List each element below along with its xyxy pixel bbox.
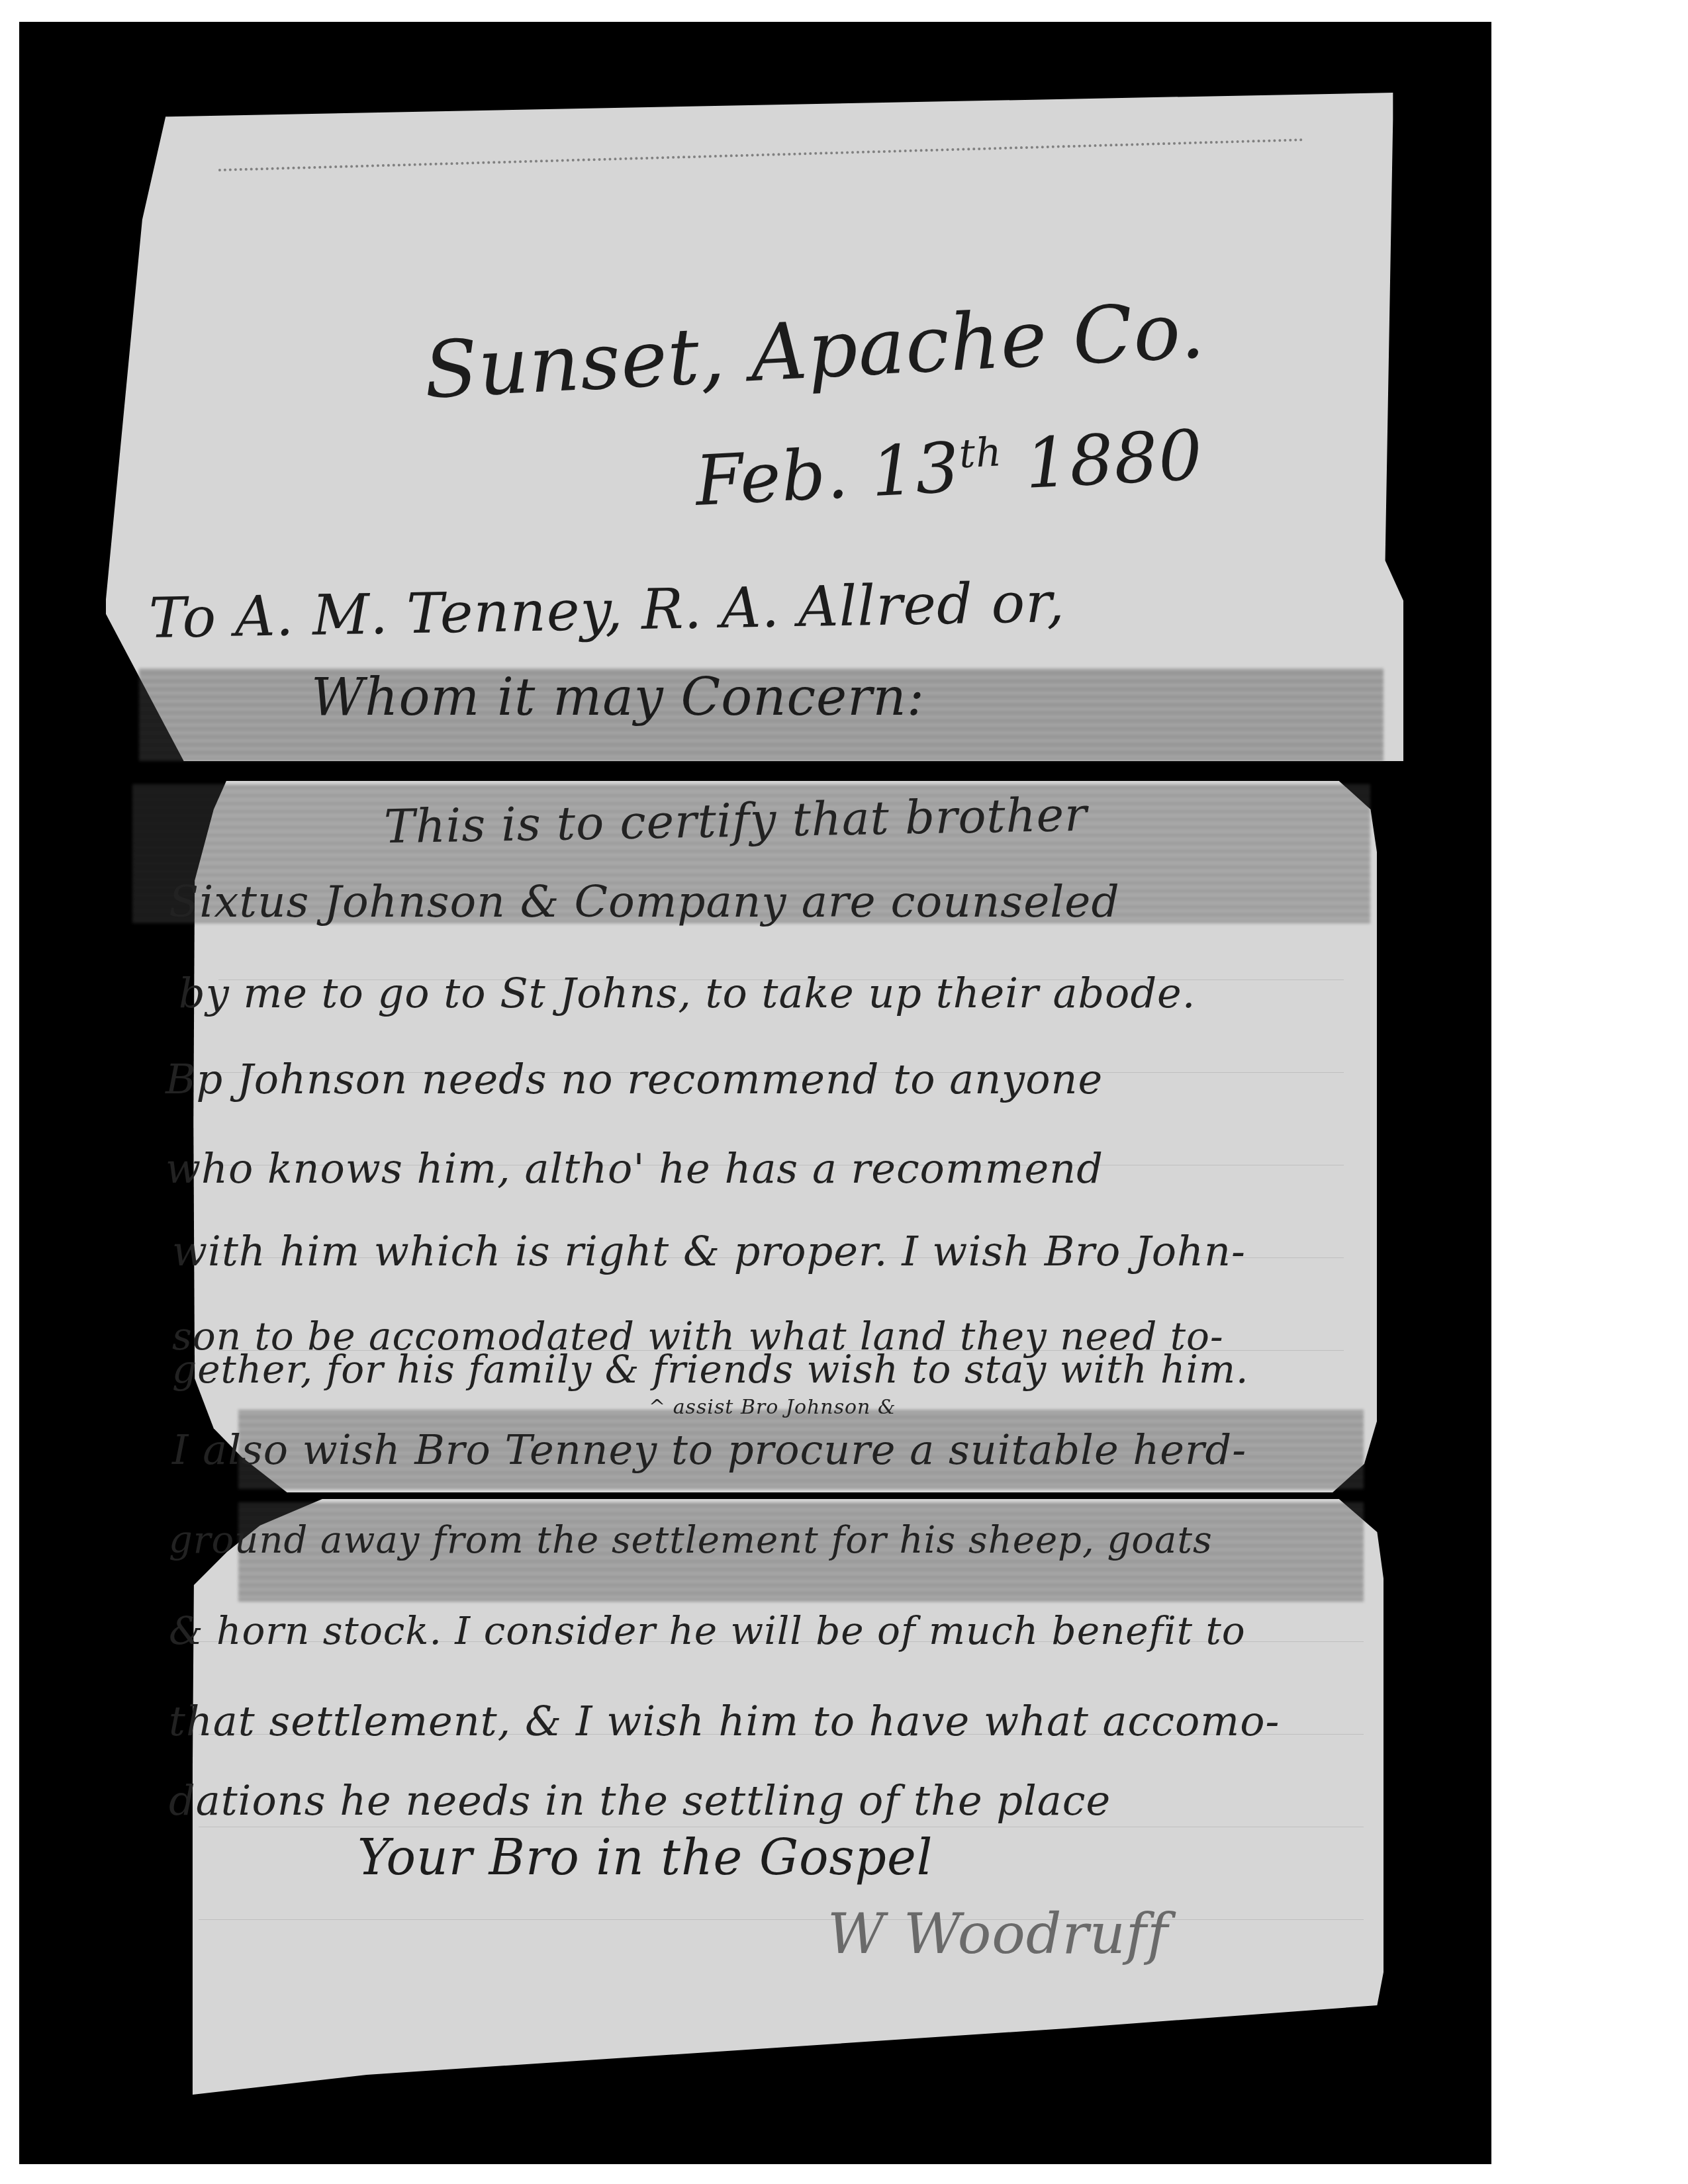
address-line-recipients: To A. M. Tenney, R. A. Allred or, bbox=[148, 574, 1065, 646]
body-line: This is to certify that brother bbox=[383, 792, 1088, 850]
body-line: Sixtus Johnson & Company are counseled bbox=[169, 880, 1120, 924]
letter-date-ordinal: th bbox=[958, 429, 1003, 477]
letter-date-day: Feb. 13 bbox=[693, 427, 962, 522]
letter-closing: Your Bro in the Gospel bbox=[357, 1833, 933, 1882]
body-line: by me to go to St Johns, to take up thei… bbox=[179, 973, 1196, 1014]
interlinear-insertion: ^ assist Bro Johnson & bbox=[649, 1398, 896, 1418]
letter-fragment-top bbox=[106, 93, 1403, 761]
address-line-salutation: Whom it may Concern: bbox=[311, 672, 925, 723]
letter-date-year: 1880 bbox=[1023, 414, 1205, 504]
body-line: & horn stock. I consider he will be of m… bbox=[169, 1612, 1246, 1650]
body-line: gether, for his family & friends wish to… bbox=[172, 1350, 1248, 1388]
body-line: that settlement, & I wish him to have wh… bbox=[169, 1701, 1280, 1742]
body-line: with him which is right & proper. I wish… bbox=[172, 1231, 1246, 1272]
body-line: I also wish Bro Tenney to procure a suit… bbox=[172, 1430, 1246, 1471]
body-line: ground away from the settlement for his … bbox=[169, 1522, 1213, 1559]
letter-signature: W Woodruff bbox=[827, 1906, 1168, 1962]
body-line: dations he needs in the settling of the … bbox=[169, 1780, 1111, 1821]
ruled-line bbox=[199, 1919, 1364, 1920]
ruled-line bbox=[199, 1827, 1364, 1827]
body-line: Bp Johnson needs no recommend to anyone bbox=[165, 1059, 1103, 1100]
body-line: who knows him, altho' he has a recommend bbox=[165, 1148, 1103, 1189]
